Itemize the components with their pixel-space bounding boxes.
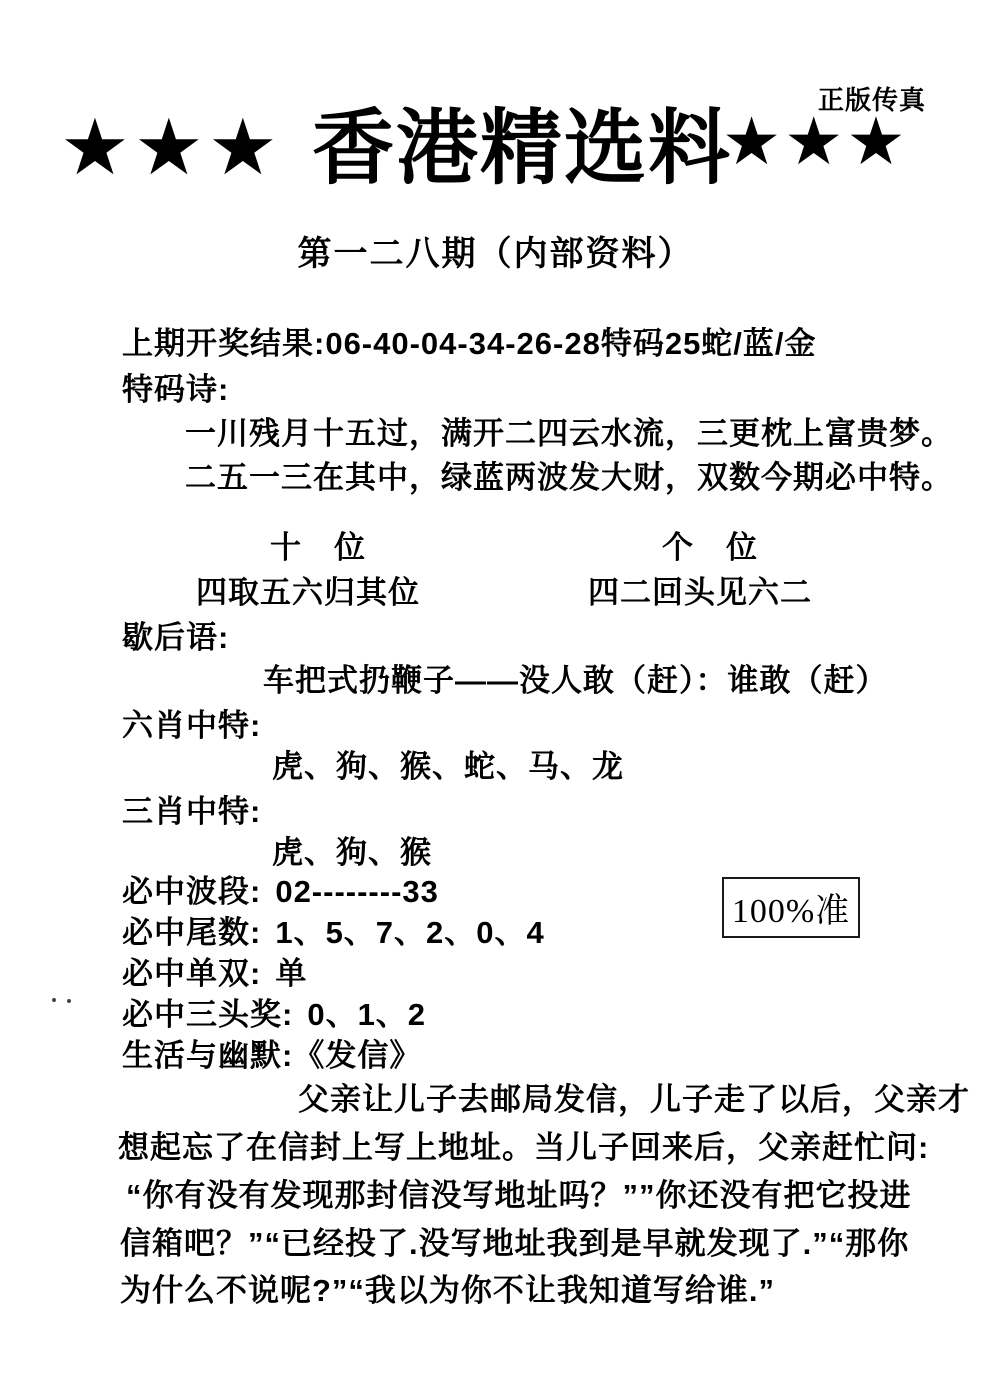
humor-story-line: 为什么不说呢?”“我以为你不让我知道写给谁.” [120, 1265, 775, 1310]
page-title: 香港精选料 [312, 96, 732, 203]
scan-noise-dot [52, 998, 56, 1002]
must-hit-band-line: 必中波段:02--------33 [122, 866, 439, 911]
must-hit-band-label: 必中波段: [122, 874, 261, 909]
must-hit-heads-label: 必中三头奖: [122, 997, 293, 1032]
humor-story-line: 父亲让儿子去邮局发信，儿子走了以后，父亲才 [298, 1074, 970, 1119]
xiehouyu-text: 车把式扔鞭子——没人敢（赶）：谁敢（赶） [263, 655, 888, 700]
humor-story-line: 想起忘了在信封上写上地址。当儿子回来后，父亲赶忙问: [118, 1122, 929, 1167]
must-hit-oddeven-label: 必中单双: [122, 956, 261, 991]
six-zodiac-value: 虎、狗、猴、蛇、马、龙 [272, 741, 624, 786]
ones-digit-hint: 四二回头见六二 [588, 567, 812, 612]
must-hit-band-value: 02--------33 [275, 874, 439, 909]
scan-noise-dot [67, 999, 71, 1003]
stars-left-icon: ★★★ [60, 108, 282, 186]
ones-digit-title: 个 位 [662, 522, 758, 567]
must-hit-tails-line: 必中尾数:1、5、7、2、0、4 [122, 907, 545, 952]
poem-line-1: 一川残月十五过，满开二四云水流，三更枕上富贵梦。 [185, 408, 953, 453]
must-hit-tails-label: 必中尾数: [122, 915, 261, 950]
poem-line-2: 二五一三在其中，绿蓝两波发大财，双数今期必中特。 [185, 452, 953, 497]
issue-subtitle: 第一二八期（内部资料） [0, 226, 991, 275]
special-code-poem-label: 特码诗: [122, 364, 229, 409]
three-zodiac-label: 三肖中特: [122, 786, 261, 831]
humor-story-line: “你有没有发现那封信没写地址吗？””你还没有把它投进 [126, 1170, 912, 1215]
must-hit-tails-value: 1、5、7、2、0、4 [275, 915, 544, 950]
stars-right-icon: ★★★ [722, 108, 909, 174]
humor-story-line: 信箱吧？”“已经投了.没写地址我到是早就发现了.”“那你 [120, 1218, 909, 1263]
tens-digit-hint: 四取五六归其位 [196, 567, 420, 612]
accuracy-badge: 100%准 [722, 877, 860, 938]
xiehouyu-label: 歇后语: [122, 612, 229, 657]
last-draw-result: 上期开奖结果:06-40-04-34-26-28特码25蛇/蓝/金 [122, 318, 817, 363]
six-zodiac-label: 六肖中特: [122, 700, 261, 745]
must-hit-oddeven-line: 必中单双:单 [122, 948, 307, 993]
fax-page: 正版传真 ★★★ 香港精选料 ★★★ 第一二八期（内部资料） 上期开奖结果:06… [0, 0, 991, 1388]
must-hit-oddeven-value: 单 [275, 956, 307, 991]
tens-digit-title: 十 位 [270, 522, 366, 567]
must-hit-heads-value: 0、1、2 [307, 997, 426, 1032]
must-hit-heads-line: 必中三头奖:0、1、2 [122, 989, 426, 1034]
humor-section-label: 生活与幽默:《发信》 [122, 1030, 421, 1075]
